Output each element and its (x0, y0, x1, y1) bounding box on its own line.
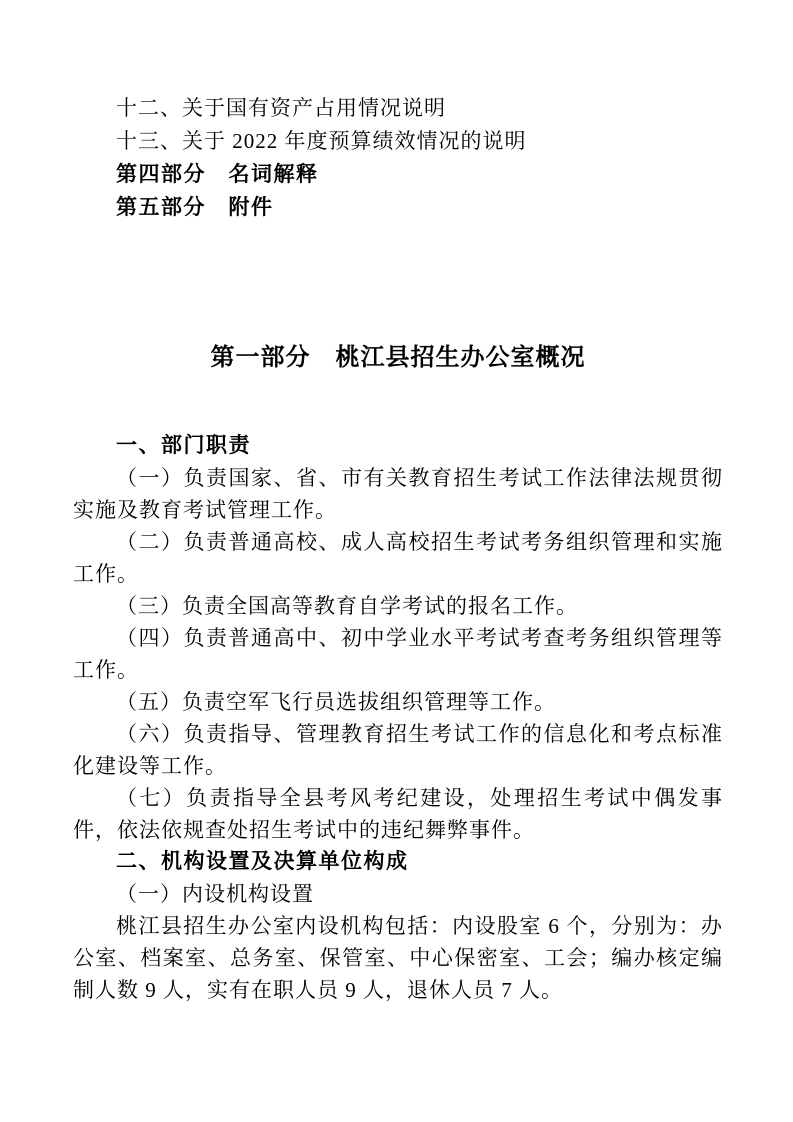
paragraph: （一）负责国家、省、市有关教育招生考试工作法律法规贯彻实施及教育考试管理工作。 (73, 462, 723, 526)
paragraph: （七）负责指导全县考风考纪建设，处理招生考试中偶发事件，依法依规查处招生考试中的… (73, 782, 723, 846)
document-body: 一、部门职责 （一）负责国家、省、市有关教育招生考试工作法律法规贯彻实施及教育考… (73, 430, 723, 1006)
section-heading-duties: 一、部门职责 (73, 430, 723, 462)
document-page: 十二、关于国有资产占用情况说明 十三、关于 2022 年度预算绩效情况的说明 第… (0, 0, 793, 1122)
toc-item-part-four: 第四部分 名词解释 (73, 158, 723, 191)
toc-item-part-five: 第五部分 附件 (73, 191, 723, 224)
section-heading-structure: 二、机构设置及决算单位构成 (73, 846, 723, 878)
toc-item: 十二、关于国有资产占用情况说明 (73, 92, 723, 125)
paragraph: （二）负责普通高校、成人高校招生考试考务组织管理和实施工作。 (73, 526, 723, 590)
paragraph: （五）负责空军飞行员选拔组织管理等工作。 (73, 686, 723, 718)
toc-item: 十三、关于 2022 年度预算绩效情况的说明 (73, 125, 723, 158)
table-of-contents: 十二、关于国有资产占用情况说明 十三、关于 2022 年度预算绩效情况的说明 第… (73, 92, 723, 224)
paragraph: （三）负责全国高等教育自学考试的报名工作。 (73, 590, 723, 622)
paragraph: 桃江县招生办公室内设机构包括：内设股室 6 个，分别为：办公室、档案室、总务室、… (73, 910, 723, 1006)
paragraph: （一）内设机构设置 (73, 878, 723, 910)
paragraph: （六）负责指导、管理教育招生考试工作的信息化和考点标准化建设等工作。 (73, 718, 723, 782)
part-title: 第一部分 桃江县招生办公室概况 (73, 338, 723, 378)
paragraph: （四）负责普通高中、初中学业水平考试考查考务组织管理等工作。 (73, 622, 723, 686)
